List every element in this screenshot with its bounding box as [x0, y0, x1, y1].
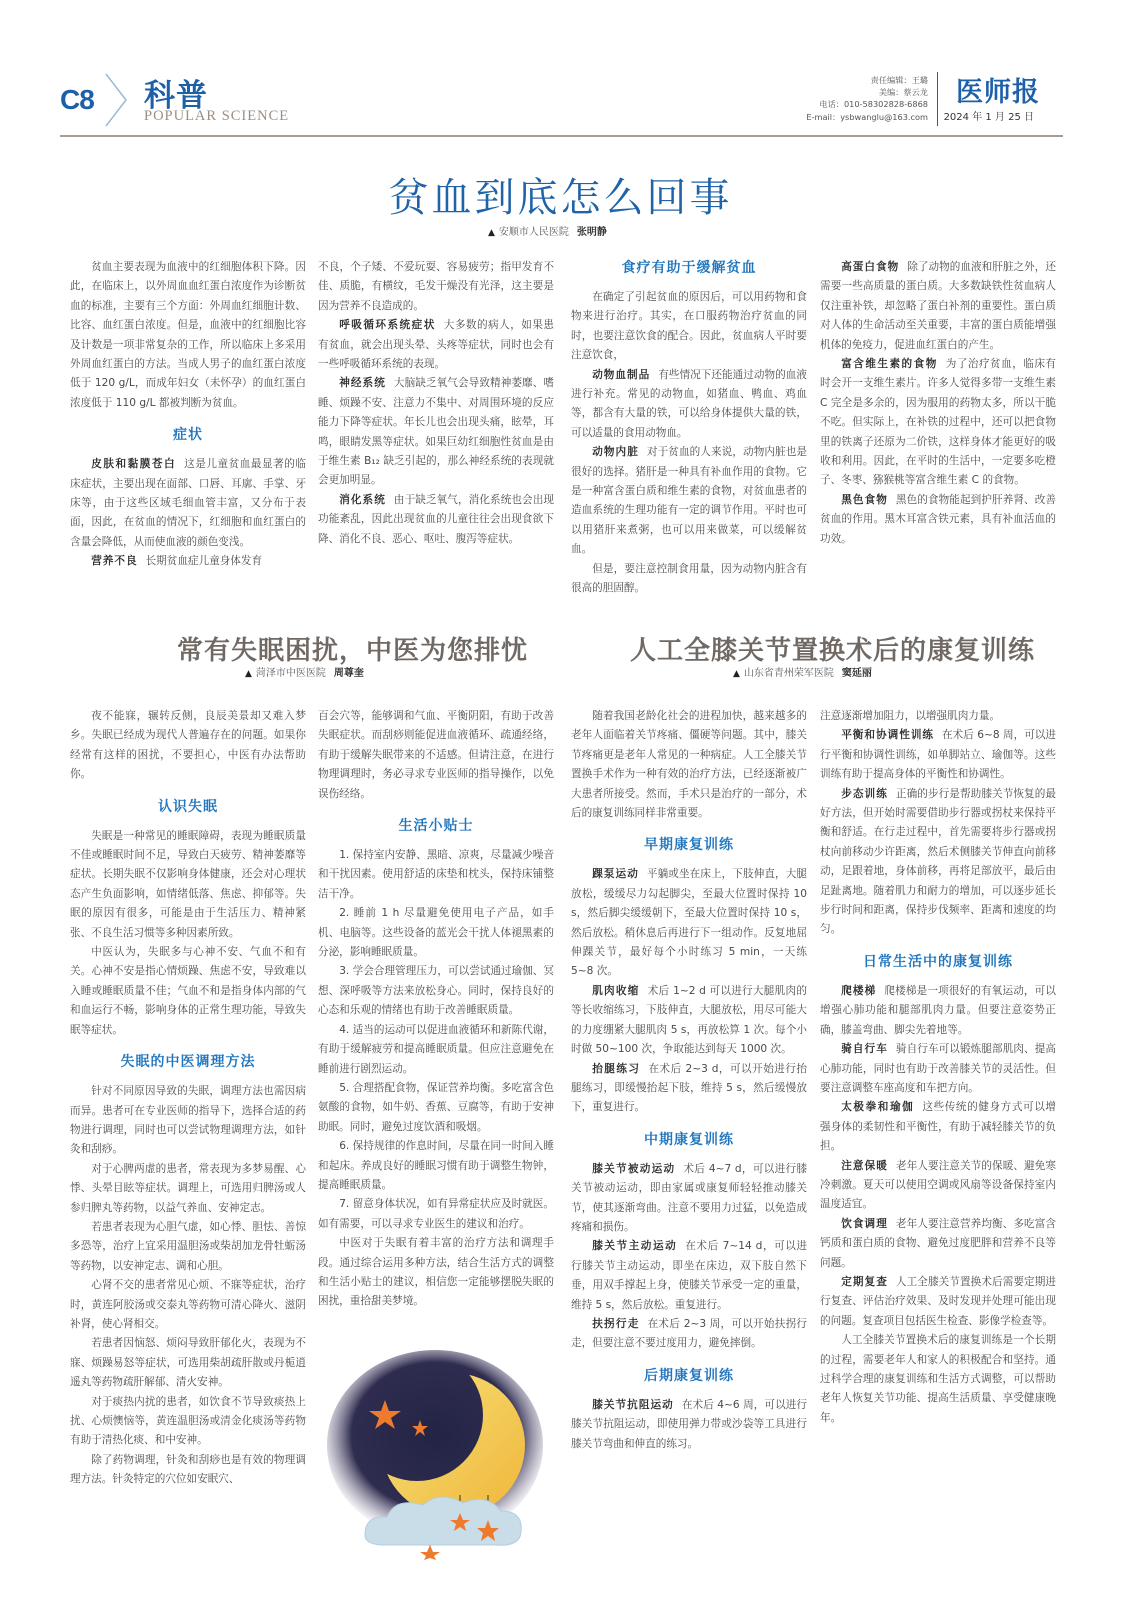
paragraph: 失眠是一种常见的睡眠障碍，表现为睡眠质量不佳或睡眠时间不足，导致白天疲劳、精神萎… [70, 827, 306, 943]
paragraph: 高蛋白食物除了动物的血液和肝脏之外，还需要一些高质量的蛋白质。大多数缺铁性贫血病… [820, 258, 1056, 355]
paragraph-lead: 太极拳和瑜伽 [841, 1101, 914, 1113]
article-knee-byline: ▲山东省青州荣军医院窦延丽 [733, 664, 872, 679]
section-heading-understanding-insomnia: 认识失眠 [70, 797, 306, 817]
paragraph: 中医对于失眠有着丰富的治疗方法和调理手段。通过综合运用多种方法，结合生活方式的调… [318, 1234, 554, 1312]
paragraph-lead: 步态训练 [841, 788, 888, 800]
paragraph: 若患者表现为心胆气虚，如心悸、胆怯、善惊多恐等，治疗上宜采用温胆汤或柴胡加龙骨牡… [70, 1218, 306, 1276]
paragraph: 抬腿练习在术后 2~3 d，可以开始进行抬腿练习，即缓慢抬起下肢，维持 5 s，… [571, 1060, 807, 1118]
newspaper-logo: 医师报 [956, 70, 1040, 109]
article-insomnia-col2: 百会穴等，能够调和气血、平衡阴阳，有助于改善失眠症状。而刮痧则能促进血液循环、疏… [318, 707, 554, 1312]
paragraph: 随着我国老龄化社会的进程加快，越来越多的老年人面临着关节疼痛、僵硬等问题。其中，… [571, 707, 807, 823]
paragraph: 对于心脾两虚的患者，常表现为多梦易醒、心悸、头晕目眩等症状。调理上，可选用归脾汤… [70, 1160, 306, 1218]
credit-email[interactable]: E-mail：ysbwanglu@163.com [806, 111, 928, 123]
article-anemia-col2: 不良，个子矮、不爱玩耍、容易疲劳；指甲发育不佳、质脆，有横纹，毛发干燥没有光泽，… [318, 258, 554, 549]
credit-designer: 美编：蔡云龙 [806, 86, 928, 98]
paragraph: 定期复查人工全膝关节置换术后需要定期进行复查、评估治疗效果、及时发现并处理可能出… [820, 1273, 1056, 1331]
triangle-marker-icon: ▲ [488, 228, 495, 238]
paragraph: 营养不良长期贫血症儿童身体发育 [70, 552, 306, 571]
article-anemia-col1: 贫血主要表现为血液中的红细胞体积下降。因此，在临床上，以外周血血红蛋白浓度作为诊… [70, 258, 306, 572]
section-heading-life-tips: 生活小贴士 [318, 816, 554, 836]
paragraph: 对于痰热内扰的患者，如饮食不节导致痰热上扰、心烦懊恼等，黄连温胆汤或清金化痰汤等… [70, 1393, 306, 1451]
paragraph: 在确定了引起贫血的原因后，可以用药物和食物来进行治疗。其实，在口服药物治疗贫血的… [571, 288, 807, 366]
article-insomnia-col1: 夜不能寐，辗转反侧，良辰美景却又难入梦乡。失眠已经成为现代人普遍存在的问题。如果… [70, 707, 306, 1490]
paragraph-lead: 消化系统 [339, 494, 386, 506]
section-heading-tcm-methods: 失眠的中医调理方法 [70, 1052, 306, 1072]
article-anemia-byline: ▲安顺市人民医院张明静 [488, 223, 607, 238]
paragraph-lead: 膝关节抗阻运动 [592, 1399, 674, 1411]
section-heading-early-rehab: 早期康复训练 [571, 835, 807, 855]
tip-item: 3. 学会合理管理压力，可以尝试通过瑜伽、冥想、深呼吸等方法来放松身心。同时，保… [318, 962, 554, 1020]
article-knee-col1: 随着我国老龄化社会的进程加快，越来越多的老年人面临着关节疼痛、僵硬等问题。其中，… [571, 707, 807, 1454]
paragraph-lead: 定期复查 [841, 1276, 888, 1288]
paragraph-lead: 营养不良 [91, 555, 137, 567]
article-insomnia-title: 常有失眠困扰，中医为您排忧 [177, 630, 528, 667]
issue-date: 2024 年 1 月 25 日 [944, 108, 1034, 123]
paragraph-lead: 富含维生素的食物 [841, 358, 938, 370]
paragraph: 扶拐行走在术后 2~3 周，可以开始扶拐行走，但要注意不要过度用力，避免摔倒。 [571, 1315, 807, 1354]
paragraph: 注意保暖老年人要注意关节的保暖、避免寒冷刺激。夏天可以使用空调或风扇等设备保持室… [820, 1157, 1056, 1215]
paragraph: 富含维生素的食物为了治疗贫血，临床有时会开一支维生素片。许多人觉得多带一支维生素… [820, 355, 1056, 491]
editor-credits: 责任编辑：王璐 美编：蔡云龙 电话：010-58302828-6868 E-ma… [806, 74, 928, 123]
byline-author: 周尊奎 [334, 668, 364, 679]
tip-item: 4. 适当的运动可以促进血液循环和新陈代谢，有助于缓解疲劳和提高睡眠质量。但应注… [318, 1021, 554, 1079]
paragraph: 肌肉收缩术后 1~2 d 可以进行大腿肌肉的等长收缩练习，下肢伸直，大腿放松，用… [571, 982, 807, 1060]
paragraph: 注意逐渐增加阻力，以增强肌肉力量。 [820, 707, 1056, 726]
paragraph: 心肾不交的患者常见心烦、不寐等症状，治疗时，黄连阿胶汤或交泰丸等药物可清心降火、… [70, 1276, 306, 1334]
paragraph-lead: 骑自行车 [841, 1043, 888, 1055]
paragraph: 不良，个子矮、不爱玩耍、容易疲劳；指甲发育不佳、质脆，有横纹，毛发干燥没有光泽，… [318, 258, 554, 316]
paragraph: 平衡和协调性训练在术后 6~8 周，可以进行平衡和协调性训练，如单脚站立、瑜伽等… [820, 726, 1056, 784]
article-knee-title: 人工全膝关节置换术后的康复训练 [630, 630, 1035, 667]
byline-org: 菏泽市中医医院 [256, 668, 326, 679]
byline-org: 安顺市人民医院 [499, 227, 569, 238]
paragraph-lead: 膝关节主动运动 [592, 1240, 677, 1252]
byline-org: 山东省青州荣军医院 [744, 668, 834, 679]
masthead-divider [937, 72, 938, 126]
paragraph-lead: 动物内脏 [592, 446, 639, 458]
paragraph: 呼吸循环系统症状大多数的病人，如果患有贫血，就会出现头晕、头疼等症状，同时也会有… [318, 316, 554, 374]
paragraph-lead: 皮肤和黏膜苍白 [91, 458, 176, 470]
section-heading-mid-rehab: 中期康复训练 [571, 1130, 807, 1150]
section-heading-late-rehab: 后期康复训练 [571, 1366, 807, 1386]
paragraph-lead: 注意保暖 [841, 1160, 888, 1172]
paragraph: 膝关节主动运动在术后 7~14 d，可以进行膝关节主动运动，即坐在床边，双下肢自… [571, 1237, 807, 1315]
article-knee-col2: 注意逐渐增加阻力，以增强肌肉力量。 平衡和协调性训练在术后 6~8 周，可以进行… [820, 707, 1056, 1428]
paragraph: 动物血制品有些情况下还能通过动物的血液进行补充。常见的动物血，如猪血、鸭血、鸡血… [571, 366, 807, 444]
paragraph: 中医认为，失眠多与心神不安、气血不和有关。心神不安是指心情烦躁、焦虑不安，导致难… [70, 943, 306, 1040]
credit-editor: 责任编辑：王璐 [806, 74, 928, 86]
paragraph-lead: 踝泵运动 [592, 868, 639, 880]
page-number: C8 [60, 84, 94, 116]
paragraph: 若患者因恼怒、烦闷导致肝郁化火，表现为不寐、烦躁易怒等症状，可选用柴胡疏肝散或丹… [70, 1334, 306, 1392]
paragraph: 膝关节被动运动术后 4~7 d，可以进行膝关节被动运动，即由家属或康复师轻轻推动… [571, 1160, 807, 1238]
paragraph: 动物内脏对于贫血的人来说，动物内脏也是很好的选择。猪肝是一种具有补血作用的食物。… [571, 443, 807, 559]
article-anemia-title: 贫血到底怎么回事 [0, 166, 1121, 223]
chevron-right-icon [102, 72, 130, 128]
paragraph-lead: 高蛋白食物 [841, 261, 899, 273]
masthead-rule [60, 135, 1063, 137]
section-heading-daily-rehab: 日常生活中的康复训练 [820, 952, 1056, 972]
paragraph-lead: 呼吸循环系统症状 [339, 319, 436, 331]
paragraph-lead: 抬腿练习 [592, 1063, 640, 1075]
triangle-marker-icon: ▲ [733, 669, 740, 679]
paragraph-lead: 神经系统 [339, 377, 386, 389]
section-heading-symptoms: 症状 [70, 425, 306, 445]
paragraph: 除了药物调理，针灸和刮痧也是有效的物理调理方法。针灸特定的穴位如安眠穴、 [70, 1451, 306, 1490]
paragraph: 膝关节抗阻运动在术后 4~6 周，可以进行膝关节抗阻运动，即使用弹力带或沙袋等工… [571, 1396, 807, 1454]
byline-author: 张明静 [577, 227, 607, 238]
paragraph: 步态训练正确的步行是帮助膝关节恢复的最好方法，但开始时需要借助步行器或拐杖来保持… [820, 785, 1056, 940]
paragraph: 针对不同原因导致的失眠，调理方法也需因病而异。患者可在专业医师的指导下，选择合适… [70, 1082, 306, 1160]
tip-item: 6. 保持规律的作息时间，尽量在同一时间入睡和起床。养成良好的睡眠习惯有助于调整… [318, 1137, 554, 1195]
paragraph: 神经系统大脑缺乏氧气会导致精神萎靡、嗜睡、烦躁不安、注意力不集中、对周围环境的反… [318, 374, 554, 490]
triangle-marker-icon: ▲ [245, 669, 252, 679]
paragraph: 贫血主要表现为血液中的红细胞体积下降。因此，在临床上，以外周血血红蛋白浓度作为诊… [70, 258, 306, 413]
section-heading-diet: 食疗有助于缓解贫血 [571, 258, 807, 278]
paragraph-lead: 动物血制品 [592, 369, 650, 381]
byline-author: 窦延丽 [842, 668, 872, 679]
moon-and-stars-illustration [325, 1345, 555, 1560]
tip-item: 7. 留意身体状况，如有异常症状应及时就医。如有需要，可以寻求专业医生的建议和治… [318, 1195, 554, 1234]
paragraph-lead: 黑色食物 [841, 494, 888, 506]
paragraph-lead: 饮食调理 [841, 1218, 888, 1230]
paragraph-lead: 膝关节被动运动 [592, 1163, 675, 1175]
article-anemia-col4: 高蛋白食物除了动物的血液和肝脏之外，还需要一些高质量的蛋白质。大多数缺铁性贫血病… [820, 258, 1056, 549]
paragraph: 爬楼梯爬楼梯是一项很好的有氧运动，可以增强心肺功能和腿部肌肉力量。但要注意姿势正… [820, 982, 1056, 1040]
tip-item: 1. 保持室内安静、黑暗、凉爽，尽量减少噪音和干扰因素。使用舒适的床垫和枕头，保… [318, 846, 554, 904]
paragraph: 百会穴等，能够调和气血、平衡阴阳，有助于改善失眠症状。而刮痧则能促进血液循环、疏… [318, 707, 554, 804]
article-insomnia-byline: ▲菏泽市中医医院周尊奎 [245, 664, 364, 679]
paragraph: 踝泵运动平躺或坐在床上，下肢伸直，大腿放松，缓缓尽力勾起脚尖，至最大位置时保持 … [571, 865, 807, 981]
paragraph: 消化系统由于缺乏氧气，消化系统也会出现功能紊乱，因此出现贫血的儿童往往会出现食欲… [318, 491, 554, 549]
paragraph: 人工全膝关节置换术后的康复训练是一个长期的过程，需要老年人和家人的积极配合和坚持… [820, 1331, 1056, 1428]
paragraph: 黑色食物黑色的食物能起到护肝养肾、改善贫血的作用。黑木耳富含铁元素，具有补血活血… [820, 491, 1056, 549]
paragraph: 夜不能寐，辗转反侧，良辰美景却又难入梦乡。失眠已经成为现代人普遍存在的问题。如果… [70, 707, 306, 785]
paragraph: 饮食调理老年人要注意营养均衡、多吃富含钙质和蛋白质的食物、避免过度肥胖和营养不良… [820, 1215, 1056, 1273]
tip-item: 2. 睡前 1 h 尽量避免使用电子产品，如手机、电脑等。这些设备的蓝光会干扰人… [318, 904, 554, 962]
section-subtitle: POPULAR SCIENCE [144, 108, 289, 125]
masthead: C8 科普 POPULAR SCIENCE 责任编辑：王璐 美编：蔡云龙 电话：… [60, 70, 1060, 130]
paragraph: 太极拳和瑜伽这些传统的健身方式可以增强身体的柔韧性和平衡性，有助于减轻膝关节的负… [820, 1098, 1056, 1156]
article-anemia-col3: 食疗有助于缓解贫血 在确定了引起贫血的原因后，可以用药物和食物来进行治疗。其实，… [571, 258, 807, 599]
paragraph: 皮肤和黏膜苍白这是儿童贫血最显著的临床症状，主要出现在面部、口唇、耳廓、手掌、牙… [70, 455, 306, 552]
tip-item: 5. 合理搭配食物，保证营养均衡。多吃富含色氨酸的食物，如牛奶、香蕉、豆腐等，有… [318, 1079, 554, 1137]
credit-phone: 电话：010-58302828-6868 [806, 98, 928, 110]
paragraph: 但是，要注意控制食用量，因为动物内脏含有很高的胆固醇。 [571, 560, 807, 599]
paragraph-lead: 平衡和协调性训练 [841, 729, 934, 741]
paragraph-lead: 爬楼梯 [841, 985, 876, 997]
paragraph: 骑自行车骑自行车可以锻炼腿部肌肉、提高心肺功能，同时也有助于改善膝关节的灵活性。… [820, 1040, 1056, 1098]
paragraph-lead: 扶拐行走 [592, 1318, 639, 1330]
paragraph-lead: 肌肉收缩 [592, 985, 640, 997]
